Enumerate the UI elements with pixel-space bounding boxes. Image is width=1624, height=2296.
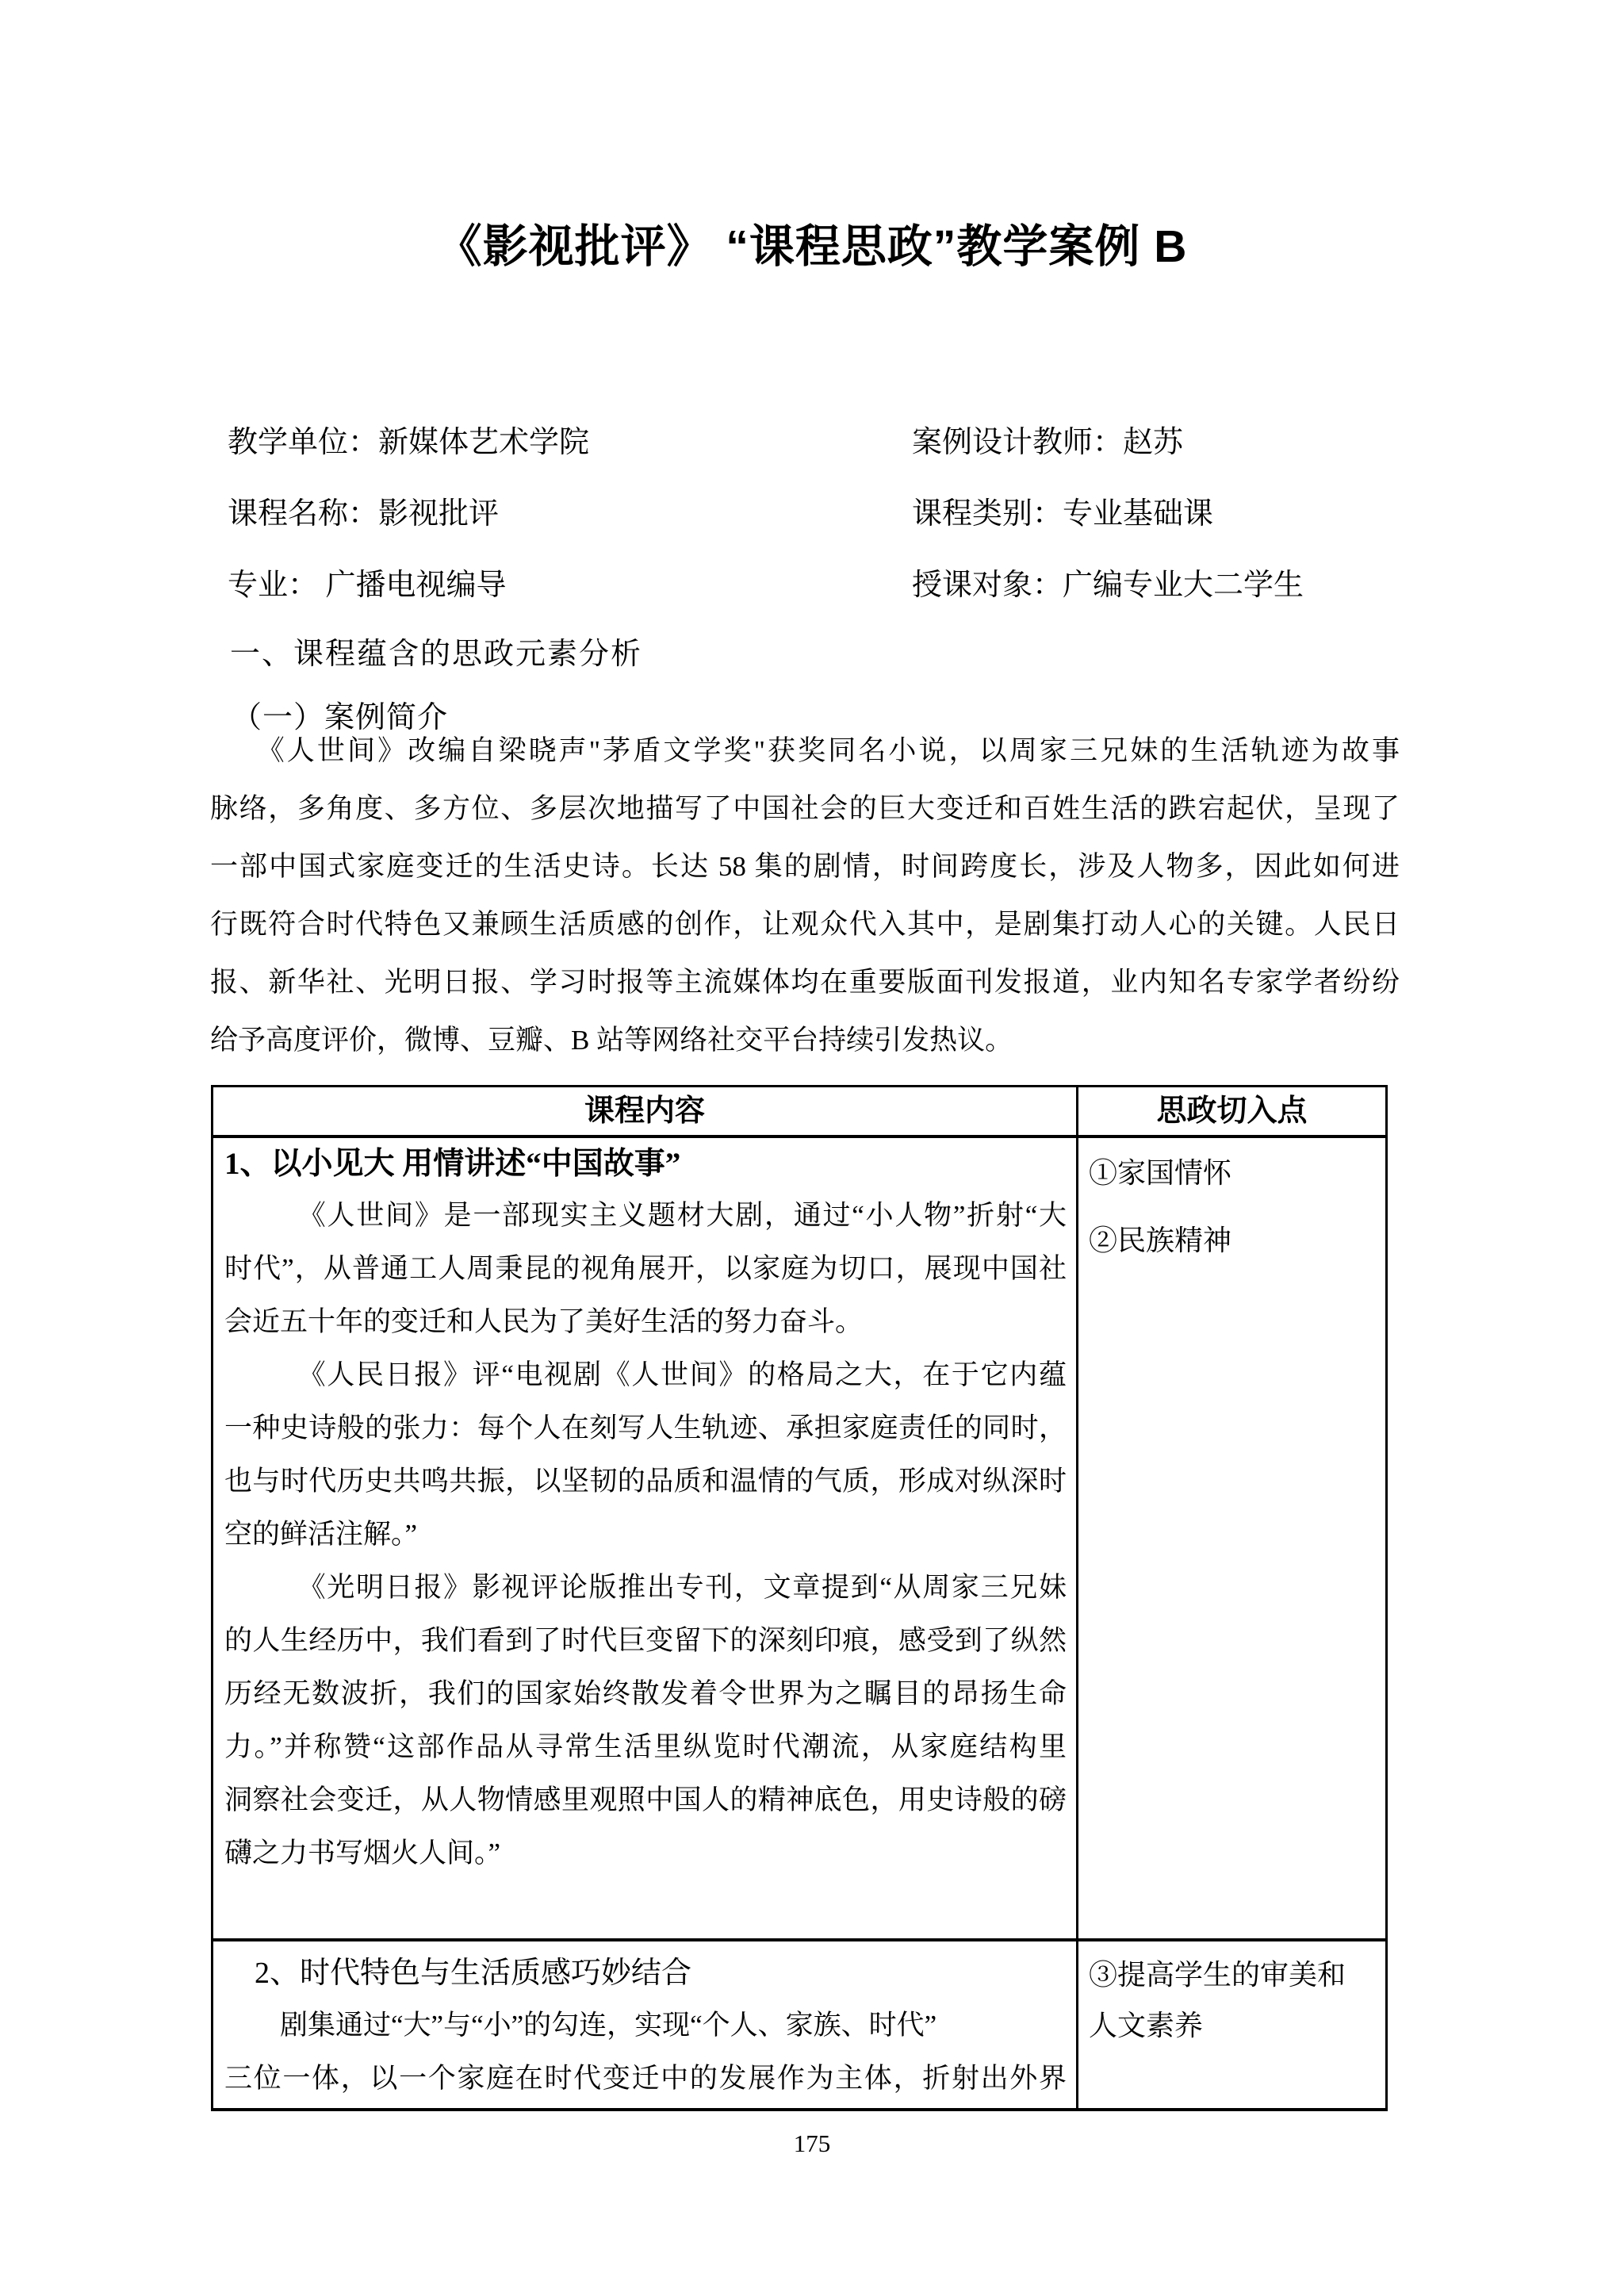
row2-sizheng-points: ③提高学生的审美和 人文素养 xyxy=(1078,1941,1385,2108)
meta-row: 课程名称：影视批评 课程类别：专业基础课 xyxy=(228,489,1401,560)
page-number: 175 xyxy=(0,2129,1624,2158)
table-row: 1、以小见大 用情讲述“中国故事” 《人世间》是一部现实主义题材大剧，通过“小人… xyxy=(213,1138,1385,1941)
meta-target-students: 授课对象：广编专业大二学生 xyxy=(912,560,1401,604)
meta-course-type: 课程类别：专业基础课 xyxy=(912,489,1401,532)
page-title: 《影视批评》 “课程思政”教学案例 B xyxy=(0,220,1624,273)
row2-title: 2、时代特色与生活质感巧妙结合 xyxy=(224,1948,1067,1999)
row1-title: 1、以小见大 用情讲述“中国故事” xyxy=(224,1140,1067,1189)
meta-case-designer: 案例设计教师：赵苏 xyxy=(912,417,1401,461)
row2-content-cell: 2、时代特色与生活质感巧妙结合 剧集通过“大”与“小”的勾连，实现“个人、家族、… xyxy=(213,1941,1078,2108)
meta-block: 教学单位：新媒体艺术学院 案例设计教师：赵苏 课程名称：影视批评 课程类别：专业… xyxy=(228,417,1401,631)
document-page: { "style": { "background": "#ffffff", "t… xyxy=(0,0,1624,2296)
meta-row: 专业： 广播电视编导 授课对象：广编专业大二学生 xyxy=(228,560,1401,631)
row1-content-cell: 1、以小见大 用情讲述“中国故事” 《人世间》是一部现实主义题材大剧，通过“小人… xyxy=(213,1138,1078,1938)
meta-row: 教学单位：新媒体艺术学院 案例设计教师：赵苏 xyxy=(228,417,1401,489)
table-row: 2、时代特色与生活质感巧妙结合 剧集通过“大”与“小”的勾连，实现“个人、家族、… xyxy=(213,1941,1385,2108)
section-heading: 一、课程蕴含的思政元素分析 xyxy=(230,629,642,673)
meta-teaching-unit: 教学单位：新媒体艺术学院 xyxy=(228,417,912,461)
table-header-sizheng-entry-point: 思政切入点 xyxy=(1078,1087,1385,1135)
meta-major: 专业： 广播电视编导 xyxy=(228,560,912,604)
row2-paragraphs: 剧集通过“大”与“小”的勾连，实现“个人、家族、时代”三位一体，以一个家庭在时代… xyxy=(224,1999,1067,2105)
table-header-course-content: 课程内容 xyxy=(213,1087,1078,1135)
row1-paragraphs: 《人世间》是一部现实主义题材大剧，通过“小人物”折射“大时代”，从普通工人周秉昆… xyxy=(224,1189,1067,1880)
table-header-row: 课程内容 思政切入点 xyxy=(213,1087,1385,1138)
meta-course-name: 课程名称：影视批评 xyxy=(228,489,912,532)
row1-sizheng-points: ①家国情怀 ②民族精神 xyxy=(1078,1138,1385,1938)
course-content-table: 课程内容 思政切入点 1、以小见大 用情讲述“中国故事” 《人世间》是一部现实主… xyxy=(211,1085,1388,2111)
intro-paragraph: 《人世间》改编自梁晓声"茅盾文学奖"获奖同名小说，以周家三兄妹的生活轨迹为故事脉… xyxy=(210,722,1400,1069)
